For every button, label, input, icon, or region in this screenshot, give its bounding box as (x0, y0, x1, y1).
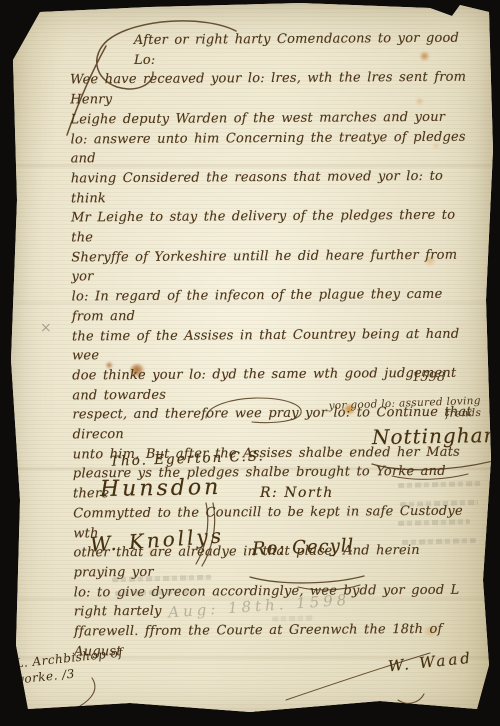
manuscript-photo: After or right harty Comendacons to yor … (0, 0, 500, 726)
edge-vignette (0, 0, 500, 726)
manuscript-paper: After or right harty Comendacons to yor … (0, 0, 500, 726)
